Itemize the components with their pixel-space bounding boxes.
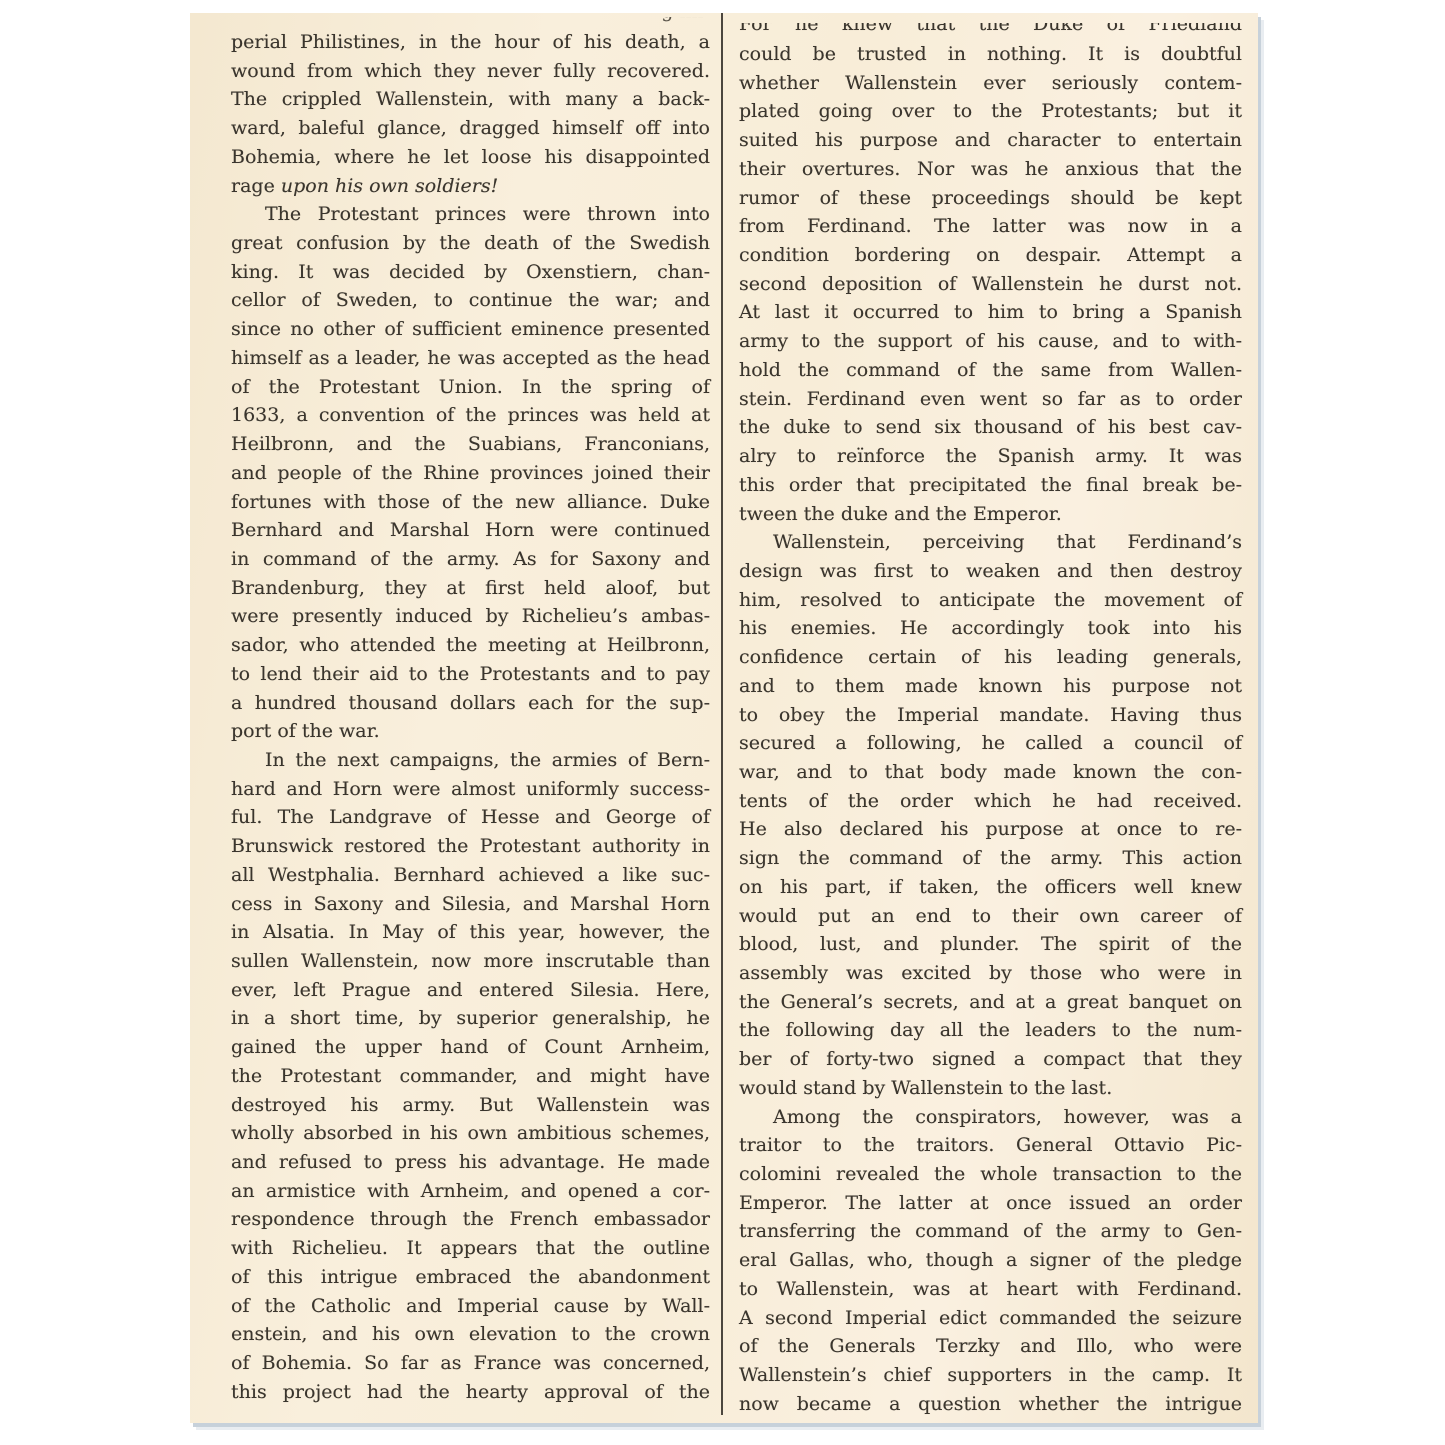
text-line: would stand by Wallenstein to the last. bbox=[739, 1074, 1242, 1103]
trimmed-top-line: For he knew that the Duke of Friedland bbox=[739, 23, 1242, 40]
text-line: this order that precipitated the final b… bbox=[739, 471, 1242, 500]
text-line: sullen Wallenstein, now more inscrutable… bbox=[231, 947, 710, 976]
left-column: g im-perial Philistines, in the hour of … bbox=[231, 17, 710, 1407]
text-line: A second Imperial edict commanded the se… bbox=[739, 1304, 1242, 1333]
page-scan: g im-perial Philistines, in the hour of … bbox=[190, 13, 1258, 1423]
text-line: and to them made known his purpose not bbox=[739, 672, 1242, 701]
text-line: design was first to weaken and then dest… bbox=[739, 557, 1242, 586]
text-line: The crippled Wallenstein, with many a ba… bbox=[231, 85, 710, 114]
text-line: were presently induced by Richelieu’s am… bbox=[231, 602, 710, 631]
text-line: this project had the hearty approval of … bbox=[231, 1378, 710, 1407]
text-line: Heilbronn, and the Suabians, Franconians… bbox=[231, 430, 710, 459]
text-line: of this intrigue embraced the abandonmen… bbox=[231, 1263, 710, 1292]
text-line: rumor of these proceedings should be kep… bbox=[739, 184, 1242, 213]
text-line: tents of the order which he had received… bbox=[739, 787, 1242, 816]
text-line: cellor of Sweden, to continue the war; a… bbox=[231, 286, 710, 315]
text-line: war, and to that body made known the con… bbox=[739, 758, 1242, 787]
text-line: of the Generals Terzky and Illo, who wer… bbox=[739, 1332, 1242, 1361]
text-line: secured a following, he called a council… bbox=[739, 729, 1242, 758]
text-line: cess in Saxony and Silesia, and Marshal … bbox=[231, 890, 710, 919]
text-line: of the Catholic and Imperial cause by Wa… bbox=[231, 1292, 710, 1321]
text-line: Brunswick restored the Protestant author… bbox=[231, 832, 710, 861]
italic-phrase: upon his own soldiers! bbox=[281, 175, 498, 197]
scan-background: g im-perial Philistines, in the hour of … bbox=[0, 0, 1445, 1445]
text-line: enstein, and his own elevation to the cr… bbox=[231, 1320, 710, 1349]
text-line: in command of the army. As for Saxony an… bbox=[231, 545, 710, 574]
text-line: sign the command of the army. This actio… bbox=[739, 844, 1242, 873]
trimmed-line-text: For he knew that the Duke of Friedland bbox=[739, 23, 1242, 39]
text-line: Bernhard and Marshal Horn were continued bbox=[231, 516, 710, 545]
text-line: in a short time, by superior generalship… bbox=[231, 1004, 710, 1033]
text-line: gained the upper hand of Count Arnheim, bbox=[231, 1033, 710, 1062]
text-line: ful. The Landgrave of Hesse and George o… bbox=[231, 803, 710, 832]
text-line: and refused to press his advantage. He m… bbox=[231, 1148, 710, 1177]
text-line: Bohemia, where he let loose his disappoi… bbox=[231, 143, 710, 172]
text-line: the General’s secrets, and at a great ba… bbox=[739, 988, 1242, 1017]
text-line: wound from which they never fully recove… bbox=[231, 57, 710, 86]
text-line: transferring the command of the army to … bbox=[739, 1217, 1242, 1246]
text-line: of Bohemia. So far as France was concern… bbox=[231, 1349, 710, 1378]
text-line: fortunes with those of the new alliance.… bbox=[231, 488, 710, 517]
text-line: perial Philistines, in the hour of his d… bbox=[231, 28, 710, 57]
text-line: in Alsatia. In May of this year, however… bbox=[231, 918, 710, 947]
text-line: the Protestant commander, and might have bbox=[231, 1062, 710, 1091]
text-line: could be trusted in nothing. It is doubt… bbox=[739, 40, 1242, 69]
text-line: with Richelieu. It appears that the outl… bbox=[231, 1234, 710, 1263]
text-line: king. It was decided by Oxenstiern, chan… bbox=[231, 258, 710, 287]
text-line: blood, lust, and plunder. The spirit of … bbox=[739, 930, 1242, 959]
text-line: colomini revealed the whole transaction … bbox=[739, 1160, 1242, 1189]
text-line: wholly absorbed in his own ambitious sch… bbox=[231, 1119, 710, 1148]
text-line: Wallenstein, perceiving that Ferdinand’s bbox=[739, 528, 1242, 557]
text-line: and people of the Rhine provinces joined… bbox=[231, 459, 710, 488]
text-line: to obey the Imperial mandate. Having thu… bbox=[739, 701, 1242, 730]
text-line: 1633, a convention of the princes was he… bbox=[231, 401, 710, 430]
text-line: alry to reïnforce the Spanish army. It w… bbox=[739, 442, 1242, 471]
column-divider-rule bbox=[721, 13, 723, 1415]
text-line: the duke to send six thousand of his bes… bbox=[739, 413, 1242, 442]
text-line: condition bordering on despair. Attempt … bbox=[739, 241, 1242, 270]
text-line: second deposition of Wallenstein he durs… bbox=[739, 270, 1242, 299]
text-line: Among the conspirators, however, was a bbox=[739, 1103, 1242, 1132]
text-line: on his part, if taken, the officers well… bbox=[739, 873, 1242, 902]
text-line: Wallenstein’s chief supporters in the ca… bbox=[739, 1361, 1242, 1390]
text-line: Brandenburg, they at first held aloof, b… bbox=[231, 574, 710, 603]
text-line: his enemies. He accordingly took into hi… bbox=[739, 614, 1242, 643]
text-line: of the Protestant Union. In the spring o… bbox=[231, 373, 710, 402]
text-line: ber of forty-two signed a compact that t… bbox=[739, 1045, 1242, 1074]
text-line: hard and Horn were almost uniformly succ… bbox=[231, 775, 710, 804]
text-line: sador, who attended the meeting at Heilb… bbox=[231, 631, 710, 660]
text-line: port of the war. bbox=[231, 717, 710, 746]
text-line: great confusion by the death of the Swed… bbox=[231, 229, 710, 258]
text-line: traitor to the traitors. General Ottavio… bbox=[739, 1131, 1242, 1160]
text-line: respondence through the French embassado… bbox=[231, 1205, 710, 1234]
text-line: rage upon his own soldiers! bbox=[231, 172, 710, 201]
text-line: He also declared his purpose at once to … bbox=[739, 815, 1242, 844]
text-line: an armistice with Arnheim, and opened a … bbox=[231, 1177, 710, 1206]
text-line: The Protestant princes were thrown into bbox=[231, 200, 710, 229]
text-line: suited his purpose and character to ente… bbox=[739, 126, 1242, 155]
text-line: At last it occurred to him to bring a Sp… bbox=[739, 298, 1242, 327]
text-line: him, resolved to anticipate the movement… bbox=[739, 586, 1242, 615]
text-line: eral Gallas, who, though a signer of the… bbox=[739, 1246, 1242, 1275]
text-line: army to the support of his cause, and to… bbox=[739, 327, 1242, 356]
trimmed-top-line: g im- bbox=[231, 17, 710, 28]
text-line: himself as a leader, he was accepted as … bbox=[231, 344, 710, 373]
text-line: confidence certain of his leading genera… bbox=[739, 643, 1242, 672]
text-line: would put an end to their own career of bbox=[739, 902, 1242, 931]
text-line: stein. Ferdinand even went so far as to … bbox=[739, 385, 1242, 414]
text-line: since no other of sufficient eminence pr… bbox=[231, 315, 710, 344]
text-line: to Wallenstein, was at heart with Ferdin… bbox=[739, 1275, 1242, 1304]
text-line: now became a question whether the intrig… bbox=[739, 1390, 1242, 1419]
right-column: For he knew that the Duke of Friedlandco… bbox=[739, 23, 1242, 1419]
text-line: all Westphalia. Bernhard achieved a like… bbox=[231, 861, 710, 890]
text-line: the following day all the leaders to the… bbox=[739, 1016, 1242, 1045]
text-line: ward, baleful glance, dragged himself of… bbox=[231, 114, 710, 143]
text-line: tween the duke and the Emperor. bbox=[739, 500, 1242, 529]
text-line: hold the command of the same from Wallen… bbox=[739, 356, 1242, 385]
text-line: whether Wallenstein ever seriously conte… bbox=[739, 69, 1242, 98]
text-line: their overtures. Nor was he anxious that… bbox=[739, 155, 1242, 184]
text-line: to lend their aid to the Protestants and… bbox=[231, 660, 710, 689]
text-line: destroyed his army. But Wallenstein was bbox=[231, 1091, 710, 1120]
text-line: In the next campaigns, the armies of Ber… bbox=[231, 746, 710, 775]
trimmed-line-text: g im- bbox=[231, 17, 710, 26]
text-line: a hundred thousand dollars each for the … bbox=[231, 689, 710, 718]
text-line: Emperor. The latter at once issued an or… bbox=[739, 1189, 1242, 1218]
text-line: ever, left Prague and entered Silesia. H… bbox=[231, 976, 710, 1005]
text-line: assembly was excited by those who were i… bbox=[739, 959, 1242, 988]
text-line: from Ferdinand. The latter was now in a bbox=[739, 212, 1242, 241]
text-line: plated going over to the Protestants; bu… bbox=[739, 97, 1242, 126]
